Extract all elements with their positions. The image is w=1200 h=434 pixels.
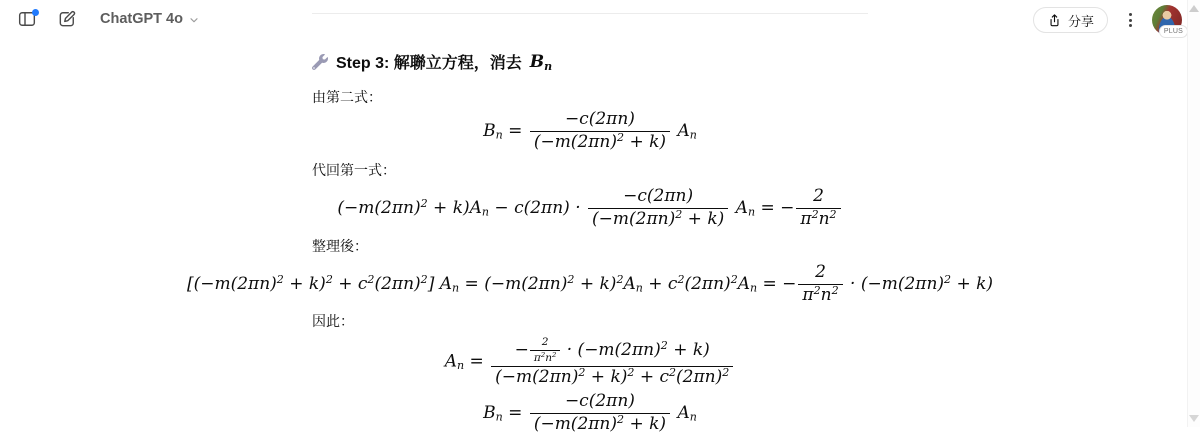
header-left-group: ChatGPT 4o bbox=[12, 6, 208, 32]
new-chat-button[interactable] bbox=[52, 6, 82, 32]
new-chat-pencil-icon bbox=[57, 9, 77, 29]
more-options-button[interactable] bbox=[1118, 7, 1142, 33]
paragraph-label: 整理後： bbox=[312, 236, 868, 256]
equation-5: Bn = −c(2πn)(−m(2πn)2 + k) An bbox=[312, 393, 868, 427]
equation-1: Bn = −c(2πn)(−m(2πn)2 + k) An bbox=[312, 111, 868, 152]
equation-3: [(−m(2πn)2 + k)2 + c2(2πn)2] An = (−m(2π… bbox=[312, 264, 868, 305]
kebab-dot bbox=[1129, 13, 1132, 16]
paragraph-label: 代回第一式： bbox=[312, 160, 868, 180]
notification-dot bbox=[32, 9, 39, 16]
wrench-icon bbox=[312, 54, 328, 70]
model-selector[interactable]: ChatGPT 4o bbox=[92, 7, 208, 31]
plus-badge: PLUS bbox=[1159, 25, 1188, 38]
sidebar-toggle-button[interactable] bbox=[12, 6, 42, 32]
equation-2: (−m(2πn)2 + k)An − c(2πn) · −c(2πn)(−m(2… bbox=[312, 188, 868, 229]
step-heading-math: Bn bbox=[530, 52, 552, 72]
model-name: ChatGPT 4o bbox=[100, 11, 183, 27]
header-right-group: 分享 PLUS bbox=[1033, 5, 1182, 35]
message-divider bbox=[312, 13, 868, 14]
scroll-up-arrow[interactable] bbox=[1189, 5, 1199, 12]
step-heading-text: Step 3: 解聯立方程，消去 bbox=[336, 50, 522, 73]
paragraph-label: 由第二式： bbox=[312, 87, 868, 107]
account-menu-button[interactable]: PLUS bbox=[1152, 5, 1182, 35]
scroll-down-arrow[interactable] bbox=[1189, 415, 1199, 422]
chat-message-content: Step 3: 解聯立方程，消去 Bn 由第二式： Bn = −c(2πn)(−… bbox=[312, 13, 868, 427]
kebab-dot bbox=[1129, 19, 1132, 22]
chevron-down-icon bbox=[188, 14, 200, 26]
share-upload-icon bbox=[1047, 13, 1062, 28]
paragraph-label: 因此： bbox=[312, 311, 868, 331]
step-heading: Step 3: 解聯立方程，消去 Bn bbox=[312, 50, 868, 73]
vertical-scrollbar[interactable] bbox=[1187, 0, 1200, 427]
equation-4: An = −2π2n2 · (−m(2πn)2 + k)(−m(2πn)2 + … bbox=[312, 337, 868, 387]
share-label: 分享 bbox=[1068, 11, 1094, 30]
kebab-dot bbox=[1129, 24, 1132, 27]
share-button[interactable]: 分享 bbox=[1033, 7, 1108, 33]
